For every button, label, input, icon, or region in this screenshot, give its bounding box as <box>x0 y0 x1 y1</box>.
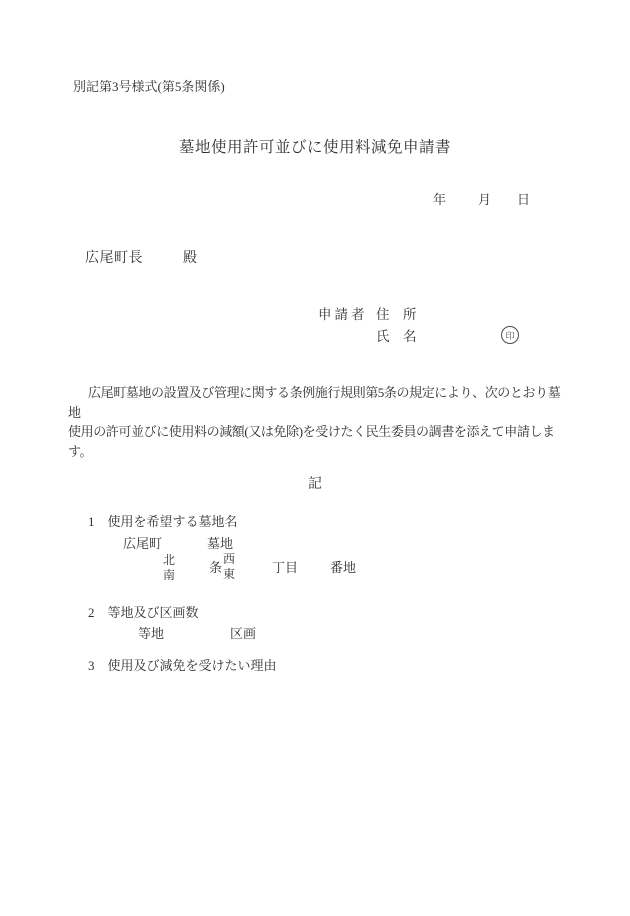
cemetery-suffix-label: 墓地 <box>207 537 233 552</box>
date-day-label: 日 <box>517 193 530 208</box>
addressee-honorific: 殿 <box>183 251 197 267</box>
applicant-address-label: 住 所 <box>376 307 417 323</box>
item2-heading: 2 等地及び区画数 <box>88 606 199 621</box>
seal-icon: 印 <box>501 326 519 344</box>
banchi-label: 番地 <box>330 561 356 576</box>
item2-label: 等地及び区画数 <box>108 606 199 621</box>
item1-label: 使用を希望する墓地名 <box>108 515 238 530</box>
item1-heading: 1 使用を希望する墓地名 <box>88 515 238 530</box>
form-number: 別記第3号様式(第5条関係) <box>73 80 225 95</box>
body-paragraph: 広尾町墓地の設置及び管理に関する条例施行規則第5条の規定により、次のとおり墓地 … <box>68 383 568 461</box>
body-line: 使用の許可並びに使用料の減額(又は免除)を受けたく民生委員の調書を添えて申請しま <box>68 422 568 442</box>
body-line: す。 <box>68 442 568 462</box>
direction-east-label: 東 <box>223 567 235 582</box>
section-label: 区画 <box>230 627 256 642</box>
grade-label: 等地 <box>138 627 164 642</box>
application-form-page: 別記第3号様式(第5条関係) 墓地使用許可並びに使用料減免申請書 年 月 日 広… <box>0 0 630 916</box>
addressee-name: 広尾町長 <box>85 251 143 267</box>
direction-west-label: 西 <box>223 552 235 567</box>
item2-number: 2 <box>88 606 95 621</box>
item1-number: 1 <box>88 515 95 530</box>
direction-north-south-choice: 北 南 <box>163 553 175 582</box>
direction-north-label: 北 <box>163 553 175 568</box>
applicant-name-label: 氏 名 <box>376 329 417 345</box>
direction-west-east-choice: 西 東 <box>223 552 235 581</box>
jo-label: 条 <box>209 561 222 576</box>
item3-number: 3 <box>88 659 95 674</box>
page-title: 墓地使用許可並びに使用料減免申請書 <box>0 139 630 157</box>
cemetery-town-label: 広尾町 <box>123 537 162 552</box>
applicant-label: 申請者 <box>318 307 368 323</box>
item3-label: 使用及び減免を受けたい理由 <box>108 659 277 674</box>
date-month-label: 月 <box>478 193 491 208</box>
chome-label: 丁目 <box>272 561 298 576</box>
direction-south-label: 南 <box>163 568 175 583</box>
date-year-label: 年 <box>433 193 446 208</box>
record-heading: 記 <box>0 477 630 493</box>
item3-heading: 3 使用及び減免を受けたい理由 <box>88 659 277 674</box>
body-line: 広尾町墓地の設置及び管理に関する条例施行規則第5条の規定により、次のとおり墓地 <box>68 383 568 422</box>
